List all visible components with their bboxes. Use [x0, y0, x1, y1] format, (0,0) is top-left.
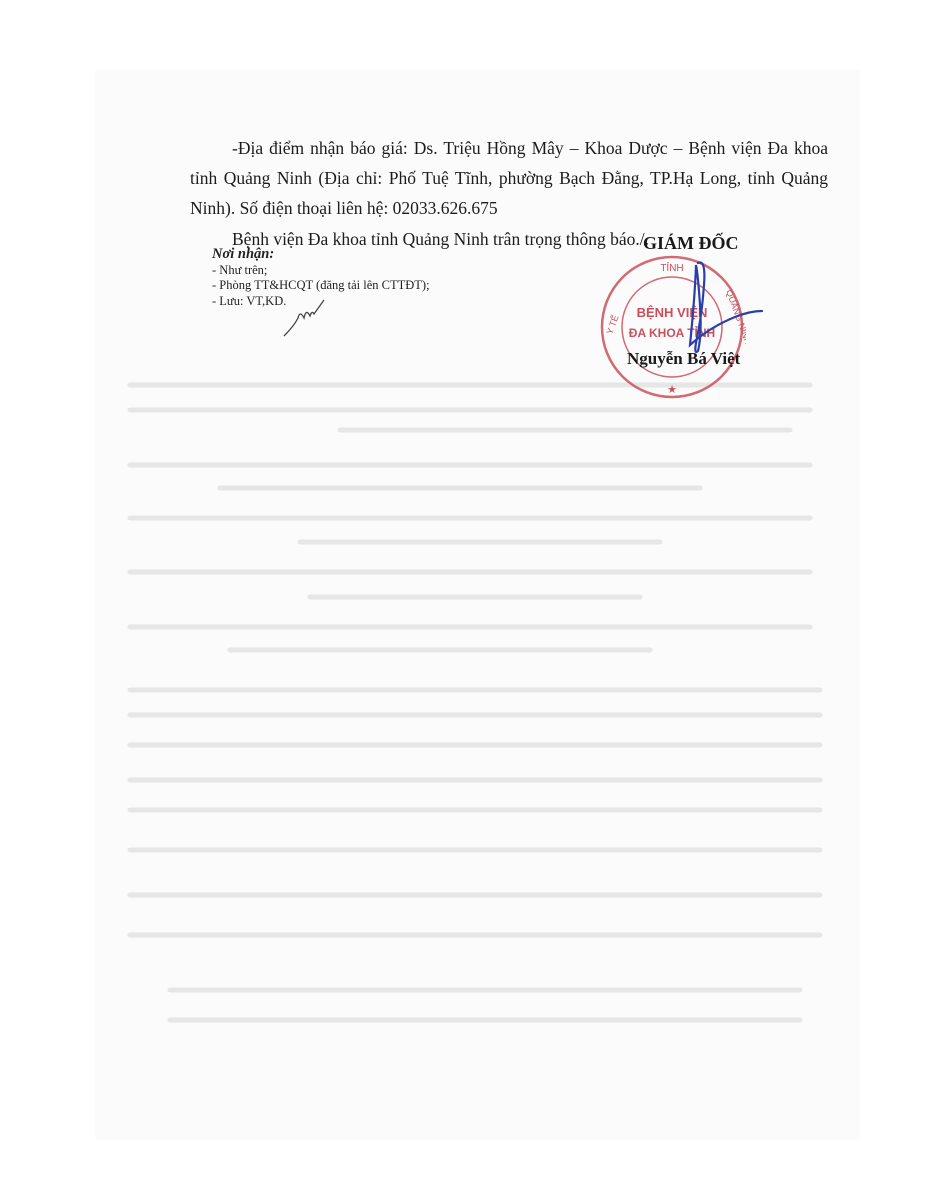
recipient-item: - Phòng TT&HCQT (đăng tải lên CTTĐT); [212, 278, 430, 294]
signatory-position: GIÁM ĐỐC [643, 233, 739, 254]
recipient-item: - Như trên; [212, 263, 430, 279]
recipients-title: Nơi nhận: [212, 247, 430, 263]
quote-location-paragraph: -Địa điểm nhận báo giá: Ds. Triệu Hồng M… [190, 133, 828, 223]
initials-mark [280, 296, 330, 340]
signatory-name: Nguyễn Bá Việt [627, 349, 740, 369]
svg-text:★: ★ [667, 384, 677, 396]
